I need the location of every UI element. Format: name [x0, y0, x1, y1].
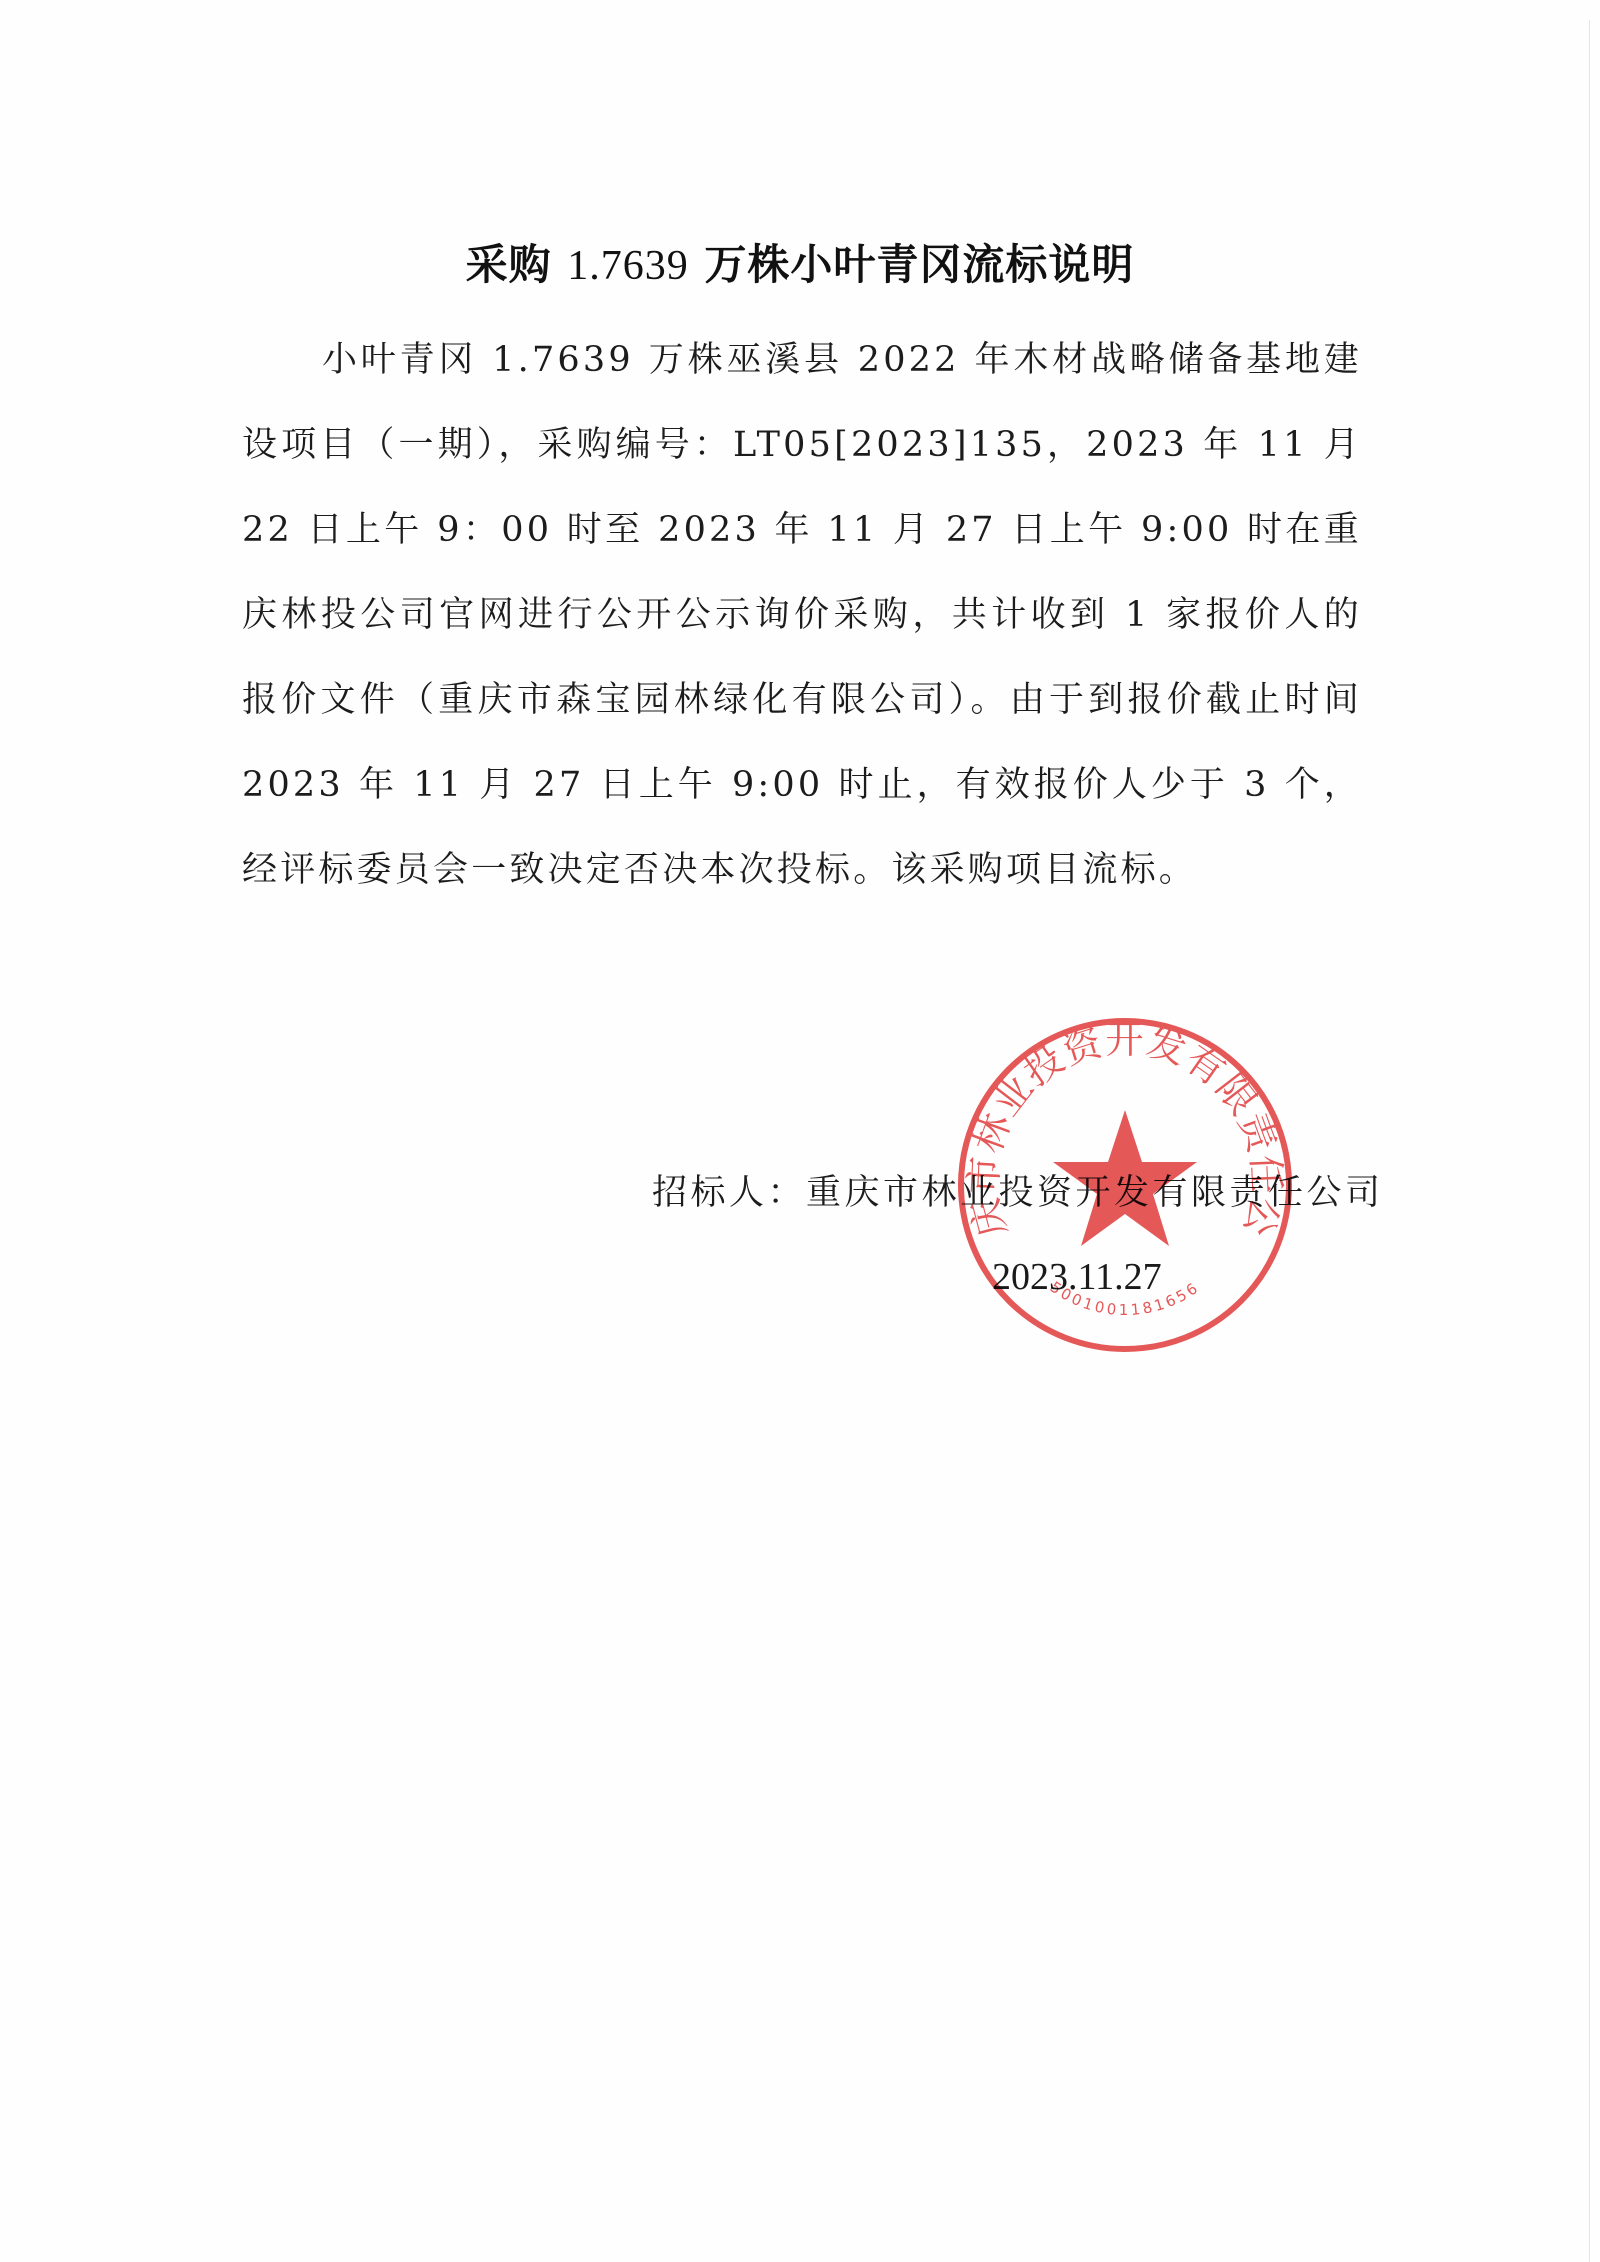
svg-text:5001001181656: 5001001181656 [1047, 1278, 1204, 1319]
company-seal: 重庆市林业投资开发有限责任公司 5001001181656 [955, 1015, 1295, 1355]
title-number: 1.7639 [567, 243, 689, 289]
title-prefix: 采购 [466, 240, 552, 289]
document-page: 采购 1.7639 万株小叶青冈流标说明 小叶青冈 1.7639 万株巫溪县 2… [0, 0, 1600, 2262]
body-paragraph: 小叶青冈 1.7639 万株巫溪县 2022 年木材战略储备基地建设项目（一期）… [242, 318, 1362, 913]
title-suffix: 万株小叶青冈流标说明 [704, 240, 1134, 289]
seal-code: 5001001181656 [1047, 1278, 1204, 1319]
scan-edge-line [1589, 20, 1590, 2262]
document-title: 采购 1.7639 万株小叶青冈流标说明 [0, 232, 1600, 292]
star-icon [1053, 1110, 1197, 1246]
seal-icon: 重庆市林业投资开发有限责任公司 5001001181656 [955, 1015, 1295, 1355]
